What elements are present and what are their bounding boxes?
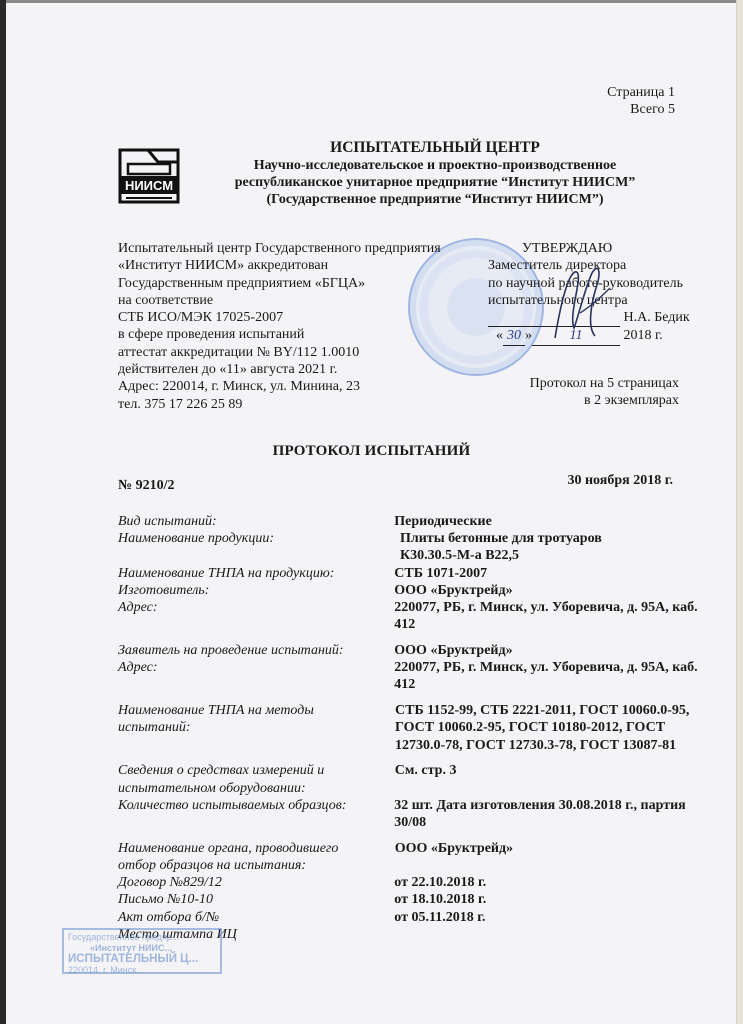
field-row: Письмо №10-10 от 18.10.2018 г. xyxy=(118,891,698,908)
field-value: См. стр. 3 xyxy=(395,762,698,796)
field-value: от 22.10.2018 г. xyxy=(394,874,698,891)
org-line-3: (Государственное предприятие “Институт Н… xyxy=(225,191,645,208)
document-title: ПРОТОКОЛ ИСПЫТАНИЙ xyxy=(0,443,743,460)
org-line-1: Научно-исследовательское и проектно-прои… xyxy=(225,157,645,174)
copies-info: Протокол на 5 страницах в 2 экземплярах xyxy=(530,375,679,409)
field-label: Адрес: xyxy=(118,599,394,633)
quote-open: « xyxy=(496,328,503,343)
field-label: Акт отбора б/№ xyxy=(118,909,394,926)
field-label: Сведения о средствах измерений и испытат… xyxy=(118,762,353,796)
field-label: Наименование ТНПА на методы испытаний: xyxy=(118,702,333,754)
field-value: ООО «Бруктрейд» xyxy=(394,642,698,659)
field-label: Адрес: xyxy=(118,659,394,693)
document-number: № 9210/2 xyxy=(118,478,174,494)
field-value: Плиты бетонные для тротуаров К30.30.5-М-… xyxy=(400,530,660,564)
handwritten-signature xyxy=(540,258,630,348)
field-row: Изготовитель: ООО «Бруктрейд» xyxy=(118,582,698,599)
field-row: Вид испытаний: Периодические xyxy=(118,513,698,530)
scan-edge-left xyxy=(0,0,6,1024)
field-row: Наименование продукции: Плиты бетонные д… xyxy=(118,530,698,564)
field-row: Сведения о средствах измерений и испытат… xyxy=(118,762,698,796)
accreditation-line: Государственным предприятием «БГЦА» xyxy=(118,275,441,292)
accreditation-line: аттестат аккредитации № BY/112 1.0010 xyxy=(118,344,441,361)
accreditation-line: Испытательный центр Государственного пре… xyxy=(118,240,441,257)
field-row: Наименование ТНПА на продукцию: СТБ 1071… xyxy=(118,565,698,582)
field-value: от 18.10.2018 г. xyxy=(394,891,698,908)
field-label: Письмо №10-10 xyxy=(118,891,394,908)
rectangular-stamp: Государственное предпр... «Институт НИИС… xyxy=(62,928,222,974)
stamp-line: 220014, г. Минск... xyxy=(68,965,216,976)
stamp-line: ИСПЫТАТЕЛЬНЫЙ Ц... xyxy=(68,954,216,965)
field-value: ООО «Бруктрейд» xyxy=(395,840,698,874)
field-label: Наименование ТНПА на продукцию: xyxy=(118,565,394,582)
page-info: Страница 1 Всего 5 xyxy=(607,84,675,118)
field-value: ООО «Бруктрейд» xyxy=(394,582,698,599)
copies-pages: Протокол на 5 страницах xyxy=(530,375,679,392)
org-header: ИСПЫТАТЕЛЬНЫЙ ЦЕНТР Научно-исследователь… xyxy=(225,138,645,208)
scan-edge-top xyxy=(6,0,743,3)
accreditation-block: Испытательный центр Государственного пре… xyxy=(118,240,441,413)
org-title: ИСПЫТАТЕЛЬНЫЙ ЦЕНТР xyxy=(225,138,645,157)
field-label: Количество испытываемых образцов: xyxy=(118,797,394,831)
accreditation-line: СТБ ИСО/МЭК 17025-2007 xyxy=(118,309,441,326)
date-day: 30 xyxy=(503,327,525,345)
field-row: Количество испытываемых образцов: 32 шт.… xyxy=(118,797,698,831)
stamp-line: Государственное предпр... xyxy=(68,932,216,943)
scan-edge-right xyxy=(736,0,743,1024)
field-label: Наименование органа, проводившего отбор … xyxy=(118,840,353,874)
field-row: Заявитель на проведение испытаний: ООО «… xyxy=(118,642,698,659)
approval-heading: УТВЕРЖДАЮ xyxy=(488,240,690,257)
field-row: Адрес: 220077, РБ, г. Минск, ул. Убореви… xyxy=(118,599,698,633)
field-value xyxy=(394,926,698,943)
copies-count: в 2 экземплярах xyxy=(530,392,679,409)
field-label: Заявитель на проведение испытаний: xyxy=(118,642,394,659)
field-value: СТБ 1152-99, СТБ 2221-2011, ГОСТ 10060.0… xyxy=(395,702,698,754)
accreditation-line: на соответствие xyxy=(118,292,441,309)
document-date: 30 ноября 2018 г. xyxy=(567,473,673,489)
accreditation-line: «Институт НИИСМ» аккредитован xyxy=(118,257,441,274)
field-value: 220077, РБ, г. Минск, ул. Уборевича, д. … xyxy=(394,599,698,633)
field-row: Адрес: 220077, РБ, г. Минск, ул. Убореви… xyxy=(118,659,698,693)
page-number: Страница 1 xyxy=(607,84,675,101)
field-row: Наименование органа, проводившего отбор … xyxy=(118,840,698,874)
field-label: Договор №829/12 xyxy=(118,874,394,891)
field-value: 32 шт. Дата изготовления 30.08.2018 г., … xyxy=(394,797,698,831)
field-label: Изготовитель: xyxy=(118,582,394,599)
field-label: Наименование продукции: xyxy=(118,530,400,564)
page-total: Всего 5 xyxy=(607,101,675,118)
accreditation-line: Адрес: 220014, г. Минск, ул. Минина, 23 xyxy=(118,378,441,395)
field-row: Наименование ТНПА на методы испытаний: С… xyxy=(118,702,698,754)
accreditation-line: тел. 375 17 226 25 89 xyxy=(118,396,441,413)
accreditation-line: в сфере проведения испытаний xyxy=(118,326,441,343)
field-value: от 05.11.2018 г. xyxy=(394,909,698,926)
org-line-2: республиканское унитарное предприятие “И… xyxy=(225,174,645,191)
logo-text: НИИСМ xyxy=(125,178,173,193)
signatory-name: Н.А. Бедик xyxy=(624,310,690,325)
field-label: Вид испытаний: xyxy=(118,513,394,530)
quote-close: » xyxy=(525,328,532,343)
field-value: Периодические xyxy=(394,513,698,530)
field-value: СТБ 1071-2007 xyxy=(394,565,698,582)
field-value: 220077, РБ, г. Минск, ул. Уборевича, д. … xyxy=(394,659,698,693)
protocol-fields: Вид испытаний: Периодические Наименовани… xyxy=(118,513,698,943)
accreditation-line: действителен до «11» августа 2021 г. xyxy=(118,361,441,378)
field-row: Договор №829/12 от 22.10.2018 г. xyxy=(118,874,698,891)
field-row: Акт отбора б/№ от 05.11.2018 г. xyxy=(118,909,698,926)
niism-logo: НИИСМ xyxy=(118,148,182,206)
